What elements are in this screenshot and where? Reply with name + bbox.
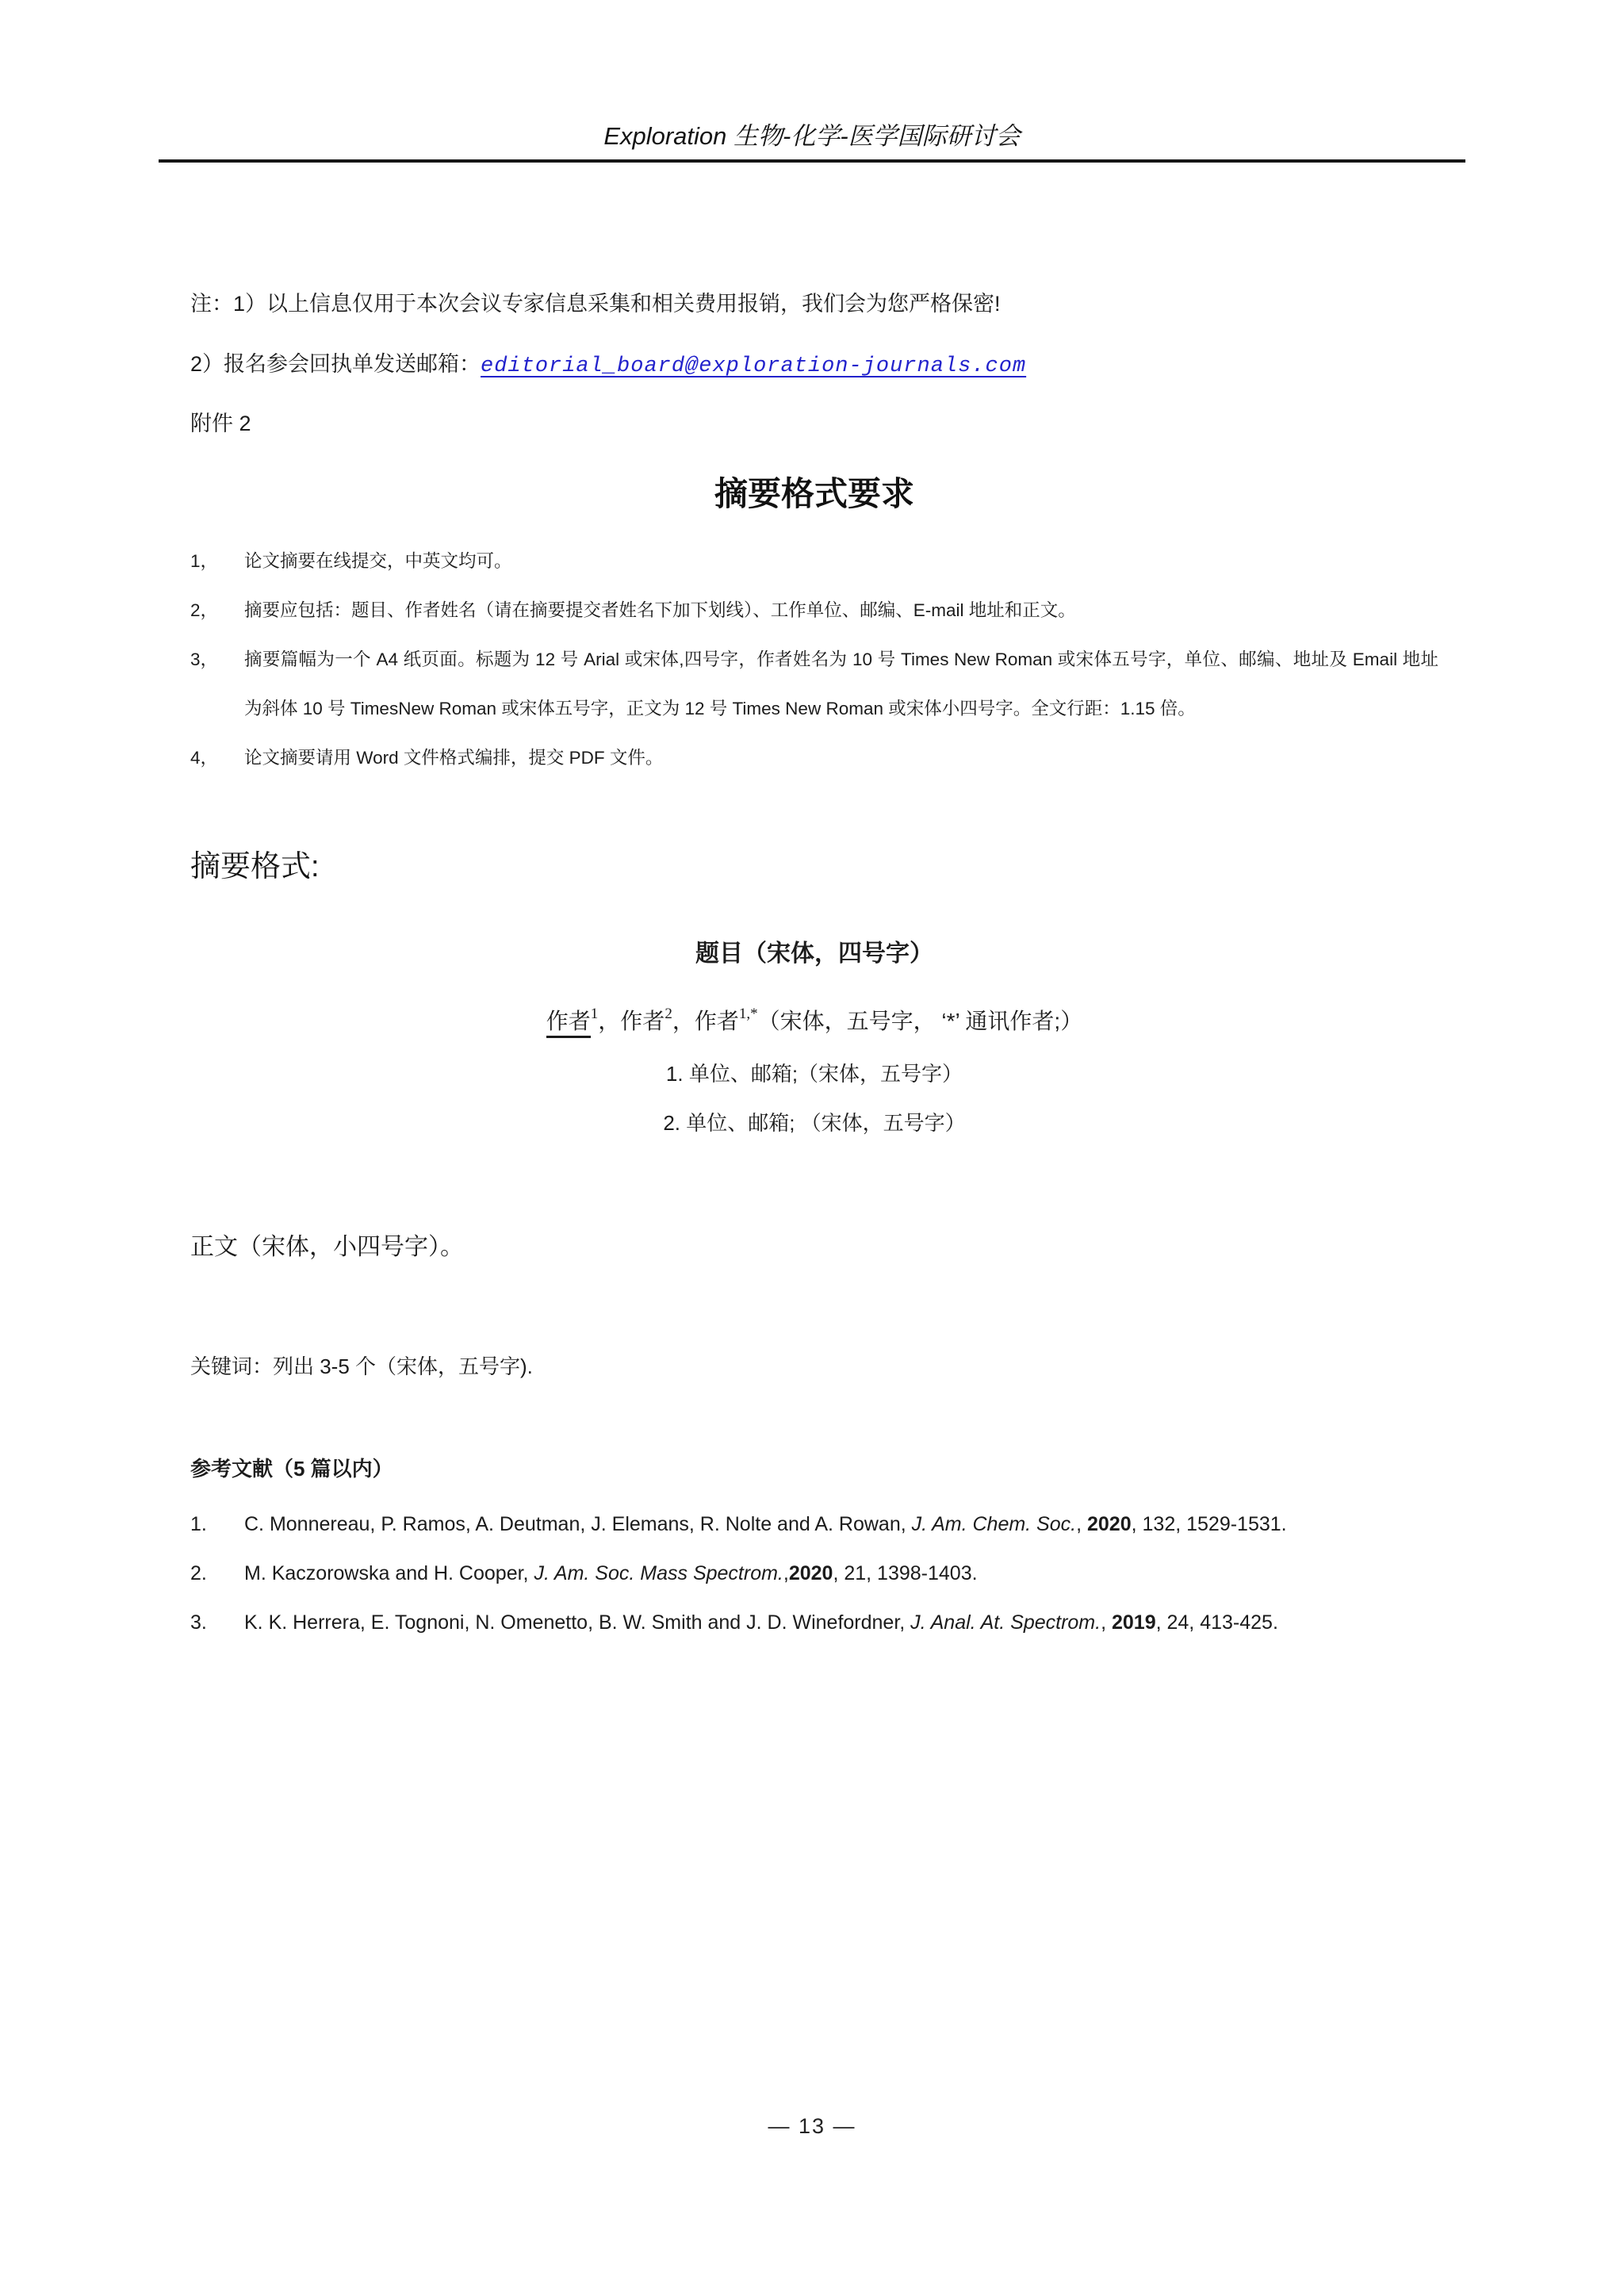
list-item: 3， 摘要篇幅为一个 A4 纸页面。标题为 12 号 Arial 或宋体,四号字…	[190, 635, 1438, 734]
list-item-number: 2，	[190, 586, 244, 635]
reference-journal: J. Am. Soc. Mass Spectrom.	[534, 1562, 783, 1584]
reference-text: C. Monnereau, P. Ramos, A. Deutman, J. E…	[244, 1500, 1438, 1549]
list-item: 1， 论文摘要在线提交，中英文均可。	[190, 537, 1438, 586]
reference-item: 2. M. Kaczorowska and H. Cooper, J. Am. …	[190, 1549, 1438, 1598]
references-list: 1. C. Monnereau, P. Ramos, A. Deutman, J…	[190, 1500, 1438, 1647]
affiliation-line: 2. 单位、邮箱; （宋体，五号字）	[190, 1098, 1438, 1147]
reference-text: K. K. Herrera, E. Tognoni, N. Omenetto, …	[244, 1598, 1438, 1647]
list-item-text: 论文摘要在线提交，中英文均可。	[244, 537, 1438, 586]
reference-pages: , 132, 1529-1531.	[1132, 1513, 1287, 1535]
list-item-number: 4，	[190, 734, 244, 783]
list-item: 4， 论文摘要请用 Word 文件格式编排，提交 PDF 文件。	[190, 734, 1438, 783]
reference-journal: J. Anal. At. Spectrom.	[910, 1611, 1101, 1634]
reference-year: 2020	[789, 1562, 833, 1584]
affiliation-line: 1. 单位、邮箱;（宋体，五号字）	[190, 1049, 1438, 1098]
affiliations-block: 1. 单位、邮箱;（宋体，五号字） 2. 单位、邮箱; （宋体，五号字）	[190, 1049, 1438, 1147]
template-author-line: 作者1，作者2，作者1,*（宋体，五号字， ‘*’ 通讯作者;）	[190, 1005, 1438, 1041]
section-heading-abstract-format: 摘要格式:	[190, 846, 1438, 887]
email-link[interactable]: editorial_board@exploration-journals.com	[481, 354, 1026, 378]
author-1-underlined: 作者	[546, 1009, 591, 1038]
template-keywords-line: 关键词：列出 3-5 个（宋体，五号字).	[190, 1351, 1438, 1380]
section-title-abstract-requirements: 摘要格式要求	[190, 472, 1438, 516]
list-item-number: 1，	[190, 537, 244, 586]
reference-separator: ,	[783, 1562, 789, 1584]
document-page: Exploration 生物-化学-医学国际研讨会 注：1）以上信息仅用于本次会…	[0, 0, 1624, 1647]
note-line-1: 注：1）以上信息仅用于本次会议专家信息采集和相关费用报销，我们会为您严格保密!	[190, 289, 1438, 318]
references-heading: 参考文献（5 篇以内）	[190, 1453, 1438, 1482]
reference-item: 3. K. K. Herrera, E. Tognoni, N. Omenett…	[190, 1598, 1438, 1647]
author-2-superscript: 2	[665, 1006, 672, 1022]
reference-pages: , 21, 1398-1403.	[833, 1562, 977, 1584]
page-header-title: Exploration 生物-化学-医学国际研讨会	[0, 0, 1624, 151]
reference-journal: J. Am. Chem. Soc.	[912, 1513, 1076, 1535]
template-body-line: 正文（宋体，小四号字）。	[190, 1227, 1438, 1262]
author-separator: ，作者	[598, 1009, 665, 1033]
header-divider-line	[159, 159, 1465, 163]
reference-text: M. Kaczorowska and H. Cooper, J. Am. Soc…	[244, 1549, 1438, 1598]
template-title-line: 题目（宋体，四号字）	[190, 933, 1438, 968]
attachment-label: 附件 2	[190, 406, 1438, 437]
reference-pages: , 24, 413-425.	[1156, 1611, 1278, 1634]
page-content: 注：1）以上信息仅用于本次会议专家信息采集和相关费用报销，我们会为您严格保密! …	[190, 289, 1438, 1647]
list-item-text: 论文摘要请用 Word 文件格式编排，提交 PDF 文件。	[244, 734, 1438, 783]
reference-number: 1.	[190, 1500, 244, 1549]
requirements-list: 1， 论文摘要在线提交，中英文均可。 2， 摘要应包括：题目、作者姓名（请在摘要…	[190, 537, 1438, 783]
page-number: — 13 —	[0, 2114, 1624, 2139]
note-line-2: 2）报名参会回执单发送邮箱：editorial_board@exploratio…	[190, 348, 1438, 382]
author-line-tail: （宋体，五号字， ‘*’ 通讯作者;）	[758, 1009, 1083, 1033]
reference-authors: K. K. Herrera, E. Tognoni, N. Omenetto, …	[244, 1611, 910, 1634]
reference-authors: C. Monnereau, P. Ramos, A. Deutman, J. E…	[244, 1513, 912, 1535]
reference-number: 3.	[190, 1598, 244, 1647]
reference-year: 2019	[1112, 1611, 1156, 1634]
reference-item: 1. C. Monnereau, P. Ramos, A. Deutman, J…	[190, 1500, 1438, 1549]
list-item: 2， 摘要应包括：题目、作者姓名（请在摘要提交者姓名下加下划线）、工作单位、邮编…	[190, 586, 1438, 635]
reference-separator: ,	[1076, 1513, 1087, 1535]
reference-year: 2020	[1087, 1513, 1132, 1535]
list-item-text: 摘要篇幅为一个 A4 纸页面。标题为 12 号 Arial 或宋体,四号字，作者…	[244, 635, 1438, 734]
author-separator: ，作者	[672, 1009, 739, 1033]
reference-number: 2.	[190, 1549, 244, 1598]
note-line-2-prefix: 2）报名参会回执单发送邮箱：	[190, 352, 481, 376]
list-item-text: 摘要应包括：题目、作者姓名（请在摘要提交者姓名下加下划线）、工作单位、邮编、E-…	[244, 586, 1438, 635]
author-1-superscript: 1	[591, 1006, 599, 1022]
author-3-superscript: 1,*	[739, 1006, 758, 1022]
reference-separator: ,	[1101, 1611, 1112, 1634]
list-item-number: 3，	[190, 635, 244, 734]
reference-authors: M. Kaczorowska and H. Cooper,	[244, 1562, 534, 1584]
